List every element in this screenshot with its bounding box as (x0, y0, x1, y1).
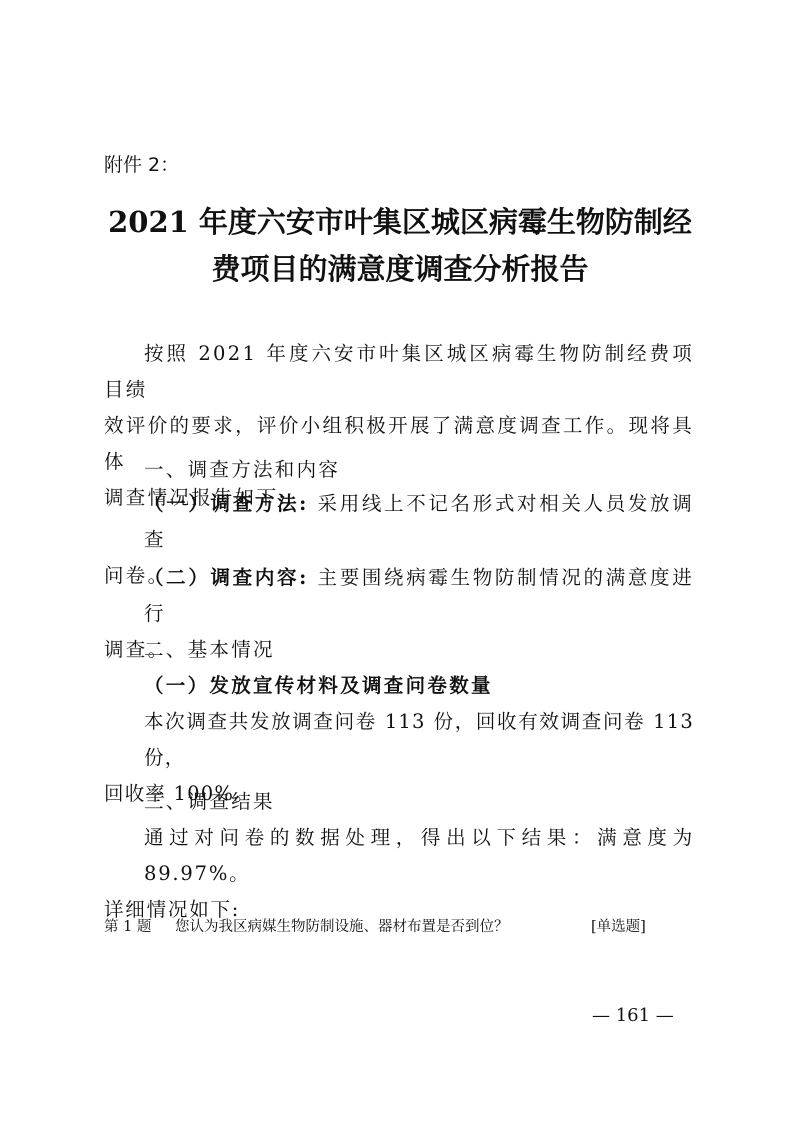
page-number: — 161 — (592, 1005, 674, 1026)
question-text: 您认为我区病媒生物防制设施、器材布置是否到位？ (175, 915, 509, 936)
section-2-heading: 二、基本情况 (104, 632, 694, 668)
document-title-line-2: 费项目的满意度调查分析报告 (100, 247, 700, 288)
method-label: （一）调查方法: (144, 492, 309, 515)
section-1-heading: 一、调查方法和内容 (104, 452, 694, 488)
section-2-subheading: （一）发放宣传材料及调查问卷数量 (104, 668, 694, 704)
results-line-1: 通过对问卷的数据处理，得出以下结果：满意度为 89.97%。 (104, 820, 694, 892)
attachment-label: 附件 2： (104, 150, 179, 177)
question-type: [单选题] (591, 915, 646, 936)
count-line-1: 本次调查共发放调查问卷 113 份，回收有效调查问卷 113 份， (104, 704, 694, 776)
intro-line-1: 按照 2021 年度六安市叶集区城区病霉生物防制经费项目绩 (104, 336, 694, 408)
results-paragraph: 通过对问卷的数据处理，得出以下结果：满意度为 89.97%。 详细情况如下: (104, 820, 694, 928)
section-3-heading: 三、调查结果 (104, 784, 694, 820)
content-label: （二）调查内容: (144, 566, 309, 589)
document-title-line-1: 2021 年度六安市叶集区城区病霉生物防制经 (100, 200, 700, 241)
question-number: 第 1 题 (104, 915, 151, 936)
